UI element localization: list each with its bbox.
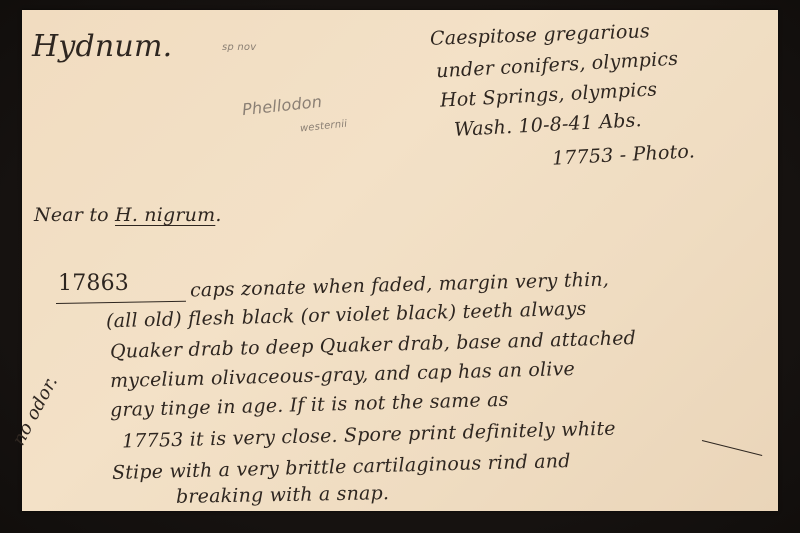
specimen-number: 17863 <box>58 273 129 295</box>
comparison-prefix: Near to <box>34 204 109 226</box>
comparison-suffix: . <box>215 204 221 226</box>
description-line-5: gray tinge in age. If it is not the same… <box>110 391 509 420</box>
comparison-taxon: H. nigrum <box>115 204 215 226</box>
white-underline <box>702 440 762 456</box>
genus-annotation: sp nov <box>222 43 256 53</box>
description-line-1: caps zonate when faded, margin very thin… <box>190 271 609 301</box>
specimen-number-underline <box>56 301 186 304</box>
collection-number-photo: 17753 - Photo. <box>552 142 696 168</box>
comparison-line: Near to H. nigrum. <box>34 206 222 225</box>
description-line-8: breaking with a snap. <box>176 484 389 507</box>
specimen-index-card: Hydnum. sp nov Phellodon westernii Caesp… <box>22 10 778 511</box>
collection-locality: Hot Springs, olympics <box>440 80 658 110</box>
genus-heading: Hydnum. <box>32 32 172 62</box>
description-line-7: Stipe with a very brittle cartilaginous … <box>112 452 571 483</box>
description-line-6: 17753 it is very close. Spore print defi… <box>122 420 616 452</box>
pencil-note-line-2: westernii <box>300 120 348 135</box>
pencil-note-line-1: Phellodon <box>241 94 322 118</box>
collection-state-date: Wash. 10-8-41 Abs. <box>454 111 643 140</box>
description-line-2: (all old) flesh black (or violet black) … <box>106 300 587 332</box>
collection-habit: Caespitose gregarious <box>430 22 651 49</box>
description-line-4: mycelium olivaceous-gray, and cap has an… <box>110 360 575 391</box>
collection-habitat: under conifers, olympics <box>436 50 679 82</box>
description-line-3: Quaker drab to deep Quaker drab, base an… <box>110 329 636 362</box>
